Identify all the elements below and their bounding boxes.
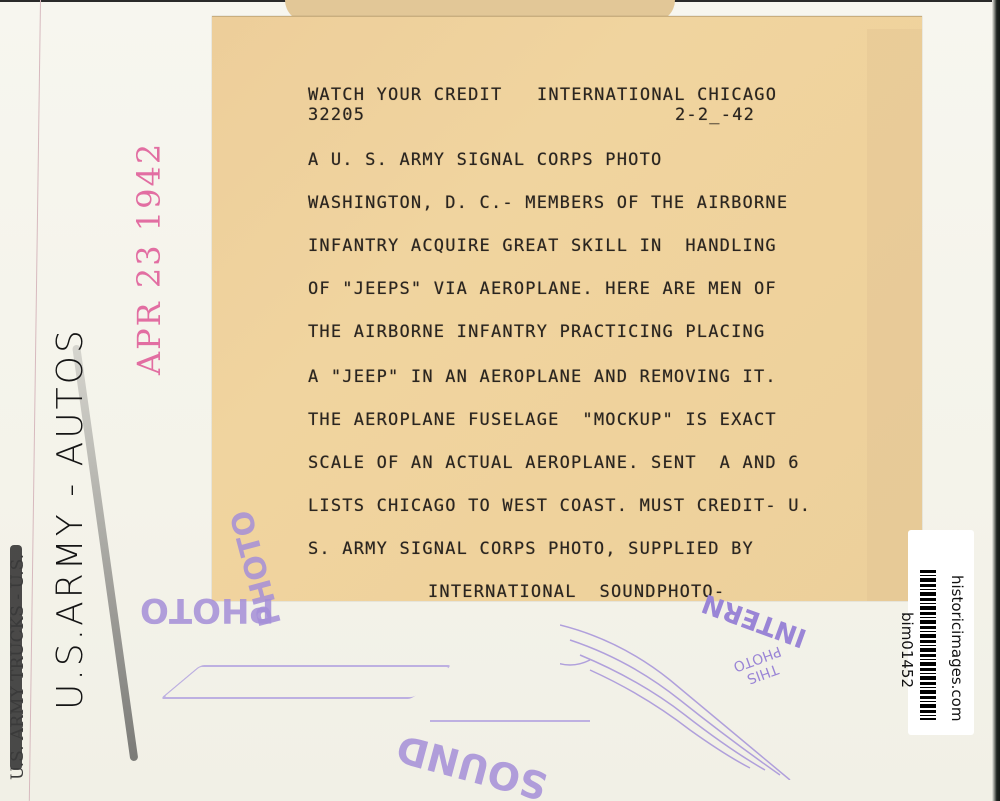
caption-header-right: INTERNATIONAL CHICAGO xyxy=(537,85,777,105)
caption-line: LISTS CHICAGO TO WEST COAST. MUST CREDIT… xyxy=(308,496,811,516)
right-edge xyxy=(992,0,1000,801)
eagle-stamp-icon xyxy=(560,620,800,780)
caption-footer: INTERNATIONAL SOUNDPHOTO- xyxy=(428,582,725,602)
photo-back: WATCH YOUR CREDIT INTERNATIONAL CHICAGO … xyxy=(0,0,1000,801)
caption-photo-number: 32205 xyxy=(308,105,365,125)
caption-line: INFANTRY ACQUIRE GREAT SKILL IN HANDLING xyxy=(308,236,777,256)
handwritten-category: U.S.ARMY - AUTOS xyxy=(50,327,91,710)
caption-line: S. ARMY SIGNAL CORPS PHOTO, SUPPLIED BY xyxy=(308,539,754,559)
caption-line: OF "JEEPS" VIA AEROPLANE. HERE ARE MEN O… xyxy=(308,279,777,299)
soundphoto-stamp-sound: SOUND xyxy=(392,726,552,801)
stamp-swoosh xyxy=(160,665,453,699)
barcode-icon xyxy=(920,570,936,720)
caption-date: 2-2_-42 xyxy=(675,105,755,125)
received-date-stamp: APR 23 1942 xyxy=(130,142,168,375)
caption-line: A "JEEP" IN AN AEROPLANE AND REMOVING IT… xyxy=(308,367,777,387)
caption-line: THE AIRBORNE INFANTRY PRACTICING PLACING xyxy=(308,322,765,342)
caption-sheet: WATCH YOUR CREDIT INTERNATIONAL CHICAGO … xyxy=(212,16,922,601)
margin-line xyxy=(29,0,41,801)
caption-line: SCALE OF AN ACTUAL AEROPLANE. SENT A AND… xyxy=(308,453,800,473)
caption-header-left: WATCH YOUR CREDIT xyxy=(308,85,502,105)
barcode-site-text: historicimages.com xyxy=(948,575,966,721)
barcode-item-id: bim01452 xyxy=(898,612,916,688)
caption-line: A U. S. ARMY SIGNAL CORPS PHOTO xyxy=(308,150,662,170)
typed-category-label: U.S. ARMY TRUCKS - U.S. xyxy=(8,554,28,780)
caption-line: THE AEROPLANE FUSELAGE "MOCKUP" IS EXACT xyxy=(308,410,777,430)
barcode-label: historicimages.com bim01452 xyxy=(908,530,974,735)
caption-line: WASHINGTON, D. C.- MEMBERS OF THE AIRBOR… xyxy=(308,193,788,213)
